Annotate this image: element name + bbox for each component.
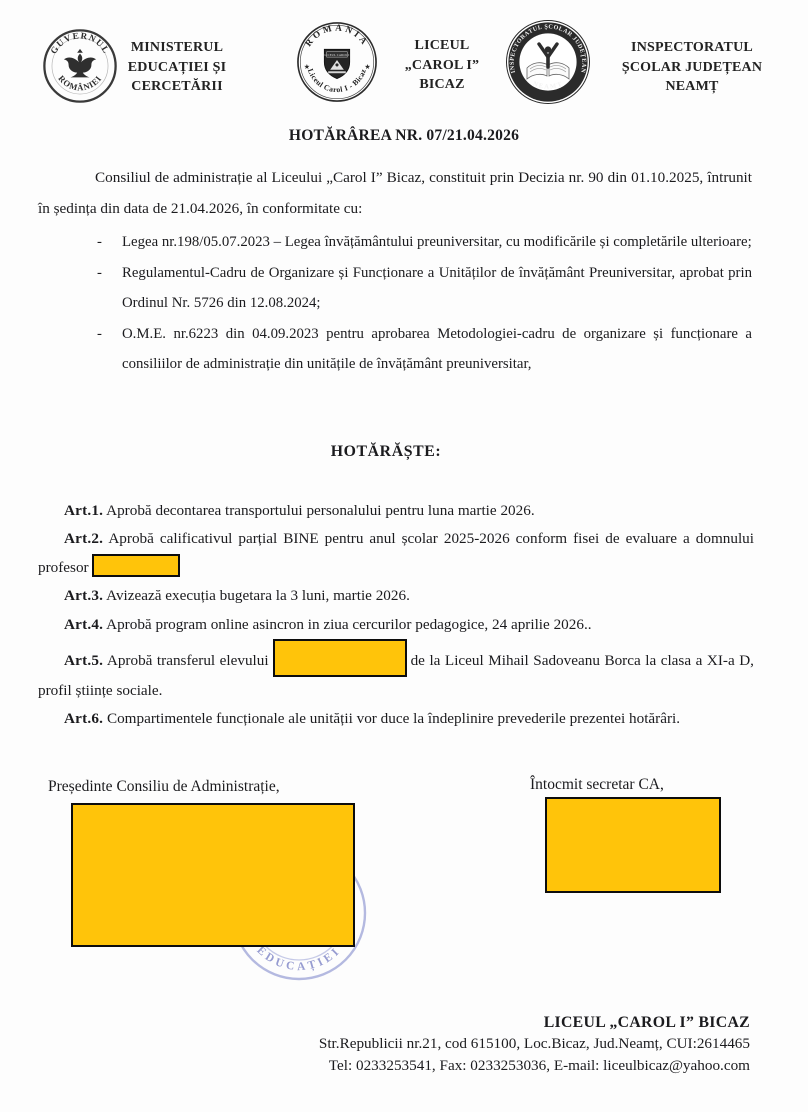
- article-label: Art.4.: [64, 616, 103, 633]
- article-label: Art.1.: [64, 502, 103, 519]
- school-contact-footer: LICEUL „CAROL I” BICAZ Str.Republicii nr…: [270, 1012, 750, 1076]
- intro-paragraph: Consiliul de administrație al Liceului „…: [38, 163, 752, 224]
- article-label: Art.6.: [64, 710, 103, 727]
- article-text: Aprobă transferul elevului: [107, 652, 269, 669]
- school-name-line: „CAROL I”: [386, 56, 498, 76]
- legal-basis-text: O.M.E. nr.6223 din 04.09.2023 pentru apr…: [122, 319, 752, 380]
- article-label: Art.5.: [64, 652, 103, 669]
- ministry-name-line: EDUCAȚIEI ȘI: [106, 58, 248, 78]
- legal-basis-item: - Regulamentul-Cadru de Organizare și Fu…: [97, 258, 752, 319]
- president-signature-label: Președinte Consiliu de Administrație,: [48, 778, 280, 796]
- shield-banner-text: LICEUL CAROL I: [324, 53, 349, 57]
- redacted-name-box: [273, 639, 407, 677]
- legal-basis-list: - Legea nr.198/05.07.2023 – Legea învăță…: [97, 227, 752, 380]
- legal-basis-item: - O.M.E. nr.6223 din 04.09.2023 pentru a…: [97, 319, 752, 380]
- dash-bullet: -: [97, 258, 122, 319]
- inspectorate-name-line: ȘCOLAR JUDEȚEAN: [596, 58, 788, 78]
- article-text: Avizează execuția bugetara la 3 luni, ma…: [106, 587, 410, 604]
- article-text: Aprobă decontarea transportului personal…: [106, 502, 535, 519]
- secretary-signature-label: Întocmit secretar CA,: [530, 776, 664, 794]
- article-5: Art.5. Aprobă transferul elevuluide la L…: [38, 639, 754, 705]
- scanned-decision-document: GUVERNUL ROMÂNIEI MINISTERUL EDUCAȚIEI Ș…: [0, 0, 808, 1112]
- redacted-signature-box-secretary: [545, 797, 721, 893]
- decision-heading: HOTĂRĂȘTE:: [0, 443, 772, 461]
- article-2: Art.2. Aprobă calificativul parțial BINE…: [38, 525, 754, 582]
- dash-bullet: -: [97, 227, 122, 258]
- footer-contact-line: Tel: 0233253541, Fax: 0233253036, E-mail…: [270, 1055, 750, 1076]
- decision-title: HOTĂRÂREA NR. 07/21.04.2026: [0, 127, 808, 145]
- article-text: Aprobă program online asincron in ziua c…: [106, 616, 591, 633]
- article-3: Art.3. Avizează execuția bugetara la 3 l…: [38, 582, 754, 610]
- article-4: Art.4. Aprobă program online asincron in…: [38, 611, 754, 639]
- school-name-line: LICEUL: [386, 36, 498, 56]
- inspectorate-name: INSPECTORATUL ȘCOLAR JUDEȚEAN NEAMȚ: [596, 38, 788, 97]
- article-label: Art.3.: [64, 587, 103, 604]
- article-text: Compartimentele funcționale ale unității…: [107, 710, 680, 727]
- legal-basis-text: Legea nr.198/05.07.2023 – Legea învățămâ…: [122, 227, 752, 258]
- footer-address-line: Str.Republicii nr.21, cod 615100, Loc.Bi…: [270, 1033, 750, 1054]
- isj-neamt-seal-icon: INSPECTORATUL ȘCOLAR JUDEȚEAN NEAMȚ: [505, 19, 591, 105]
- school-name: LICEUL „CAROL I” BICAZ: [386, 36, 498, 95]
- article-1: Art.1. Aprobă decontarea transportului p…: [38, 497, 754, 525]
- article-label: Art.2.: [64, 530, 103, 547]
- inspectorate-name-line: NEAMȚ: [596, 77, 788, 97]
- legal-basis-item: - Legea nr.198/05.07.2023 – Legea învăță…: [97, 227, 752, 258]
- dash-bullet: -: [97, 319, 122, 380]
- inspectorate-name-line: INSPECTORATUL: [596, 38, 788, 58]
- ministry-name: MINISTERUL EDUCAȚIEI ȘI CERCETĂRII: [106, 38, 248, 97]
- redacted-name-box: [92, 554, 180, 577]
- articles-section: Art.1. Aprobă decontarea transportului p…: [38, 497, 754, 734]
- legal-basis-text: Regulamentul-Cadru de Organizare și Func…: [122, 258, 752, 319]
- school-name-line: BICAZ: [386, 75, 498, 95]
- ministry-name-line: CERCETĂRII: [106, 77, 248, 97]
- footer-school-name: LICEUL „CAROL I” BICAZ: [270, 1012, 750, 1033]
- article-6: Art.6. Compartimentele funcționale ale u…: [38, 705, 754, 733]
- redacted-signature-box-president: [71, 803, 355, 947]
- ministry-name-line: MINISTERUL: [106, 38, 248, 58]
- liceul-carol-i-seal-icon: ROMANIA ★ ★ Liceul Carol I - Bicaz LICEU…: [296, 20, 378, 104]
